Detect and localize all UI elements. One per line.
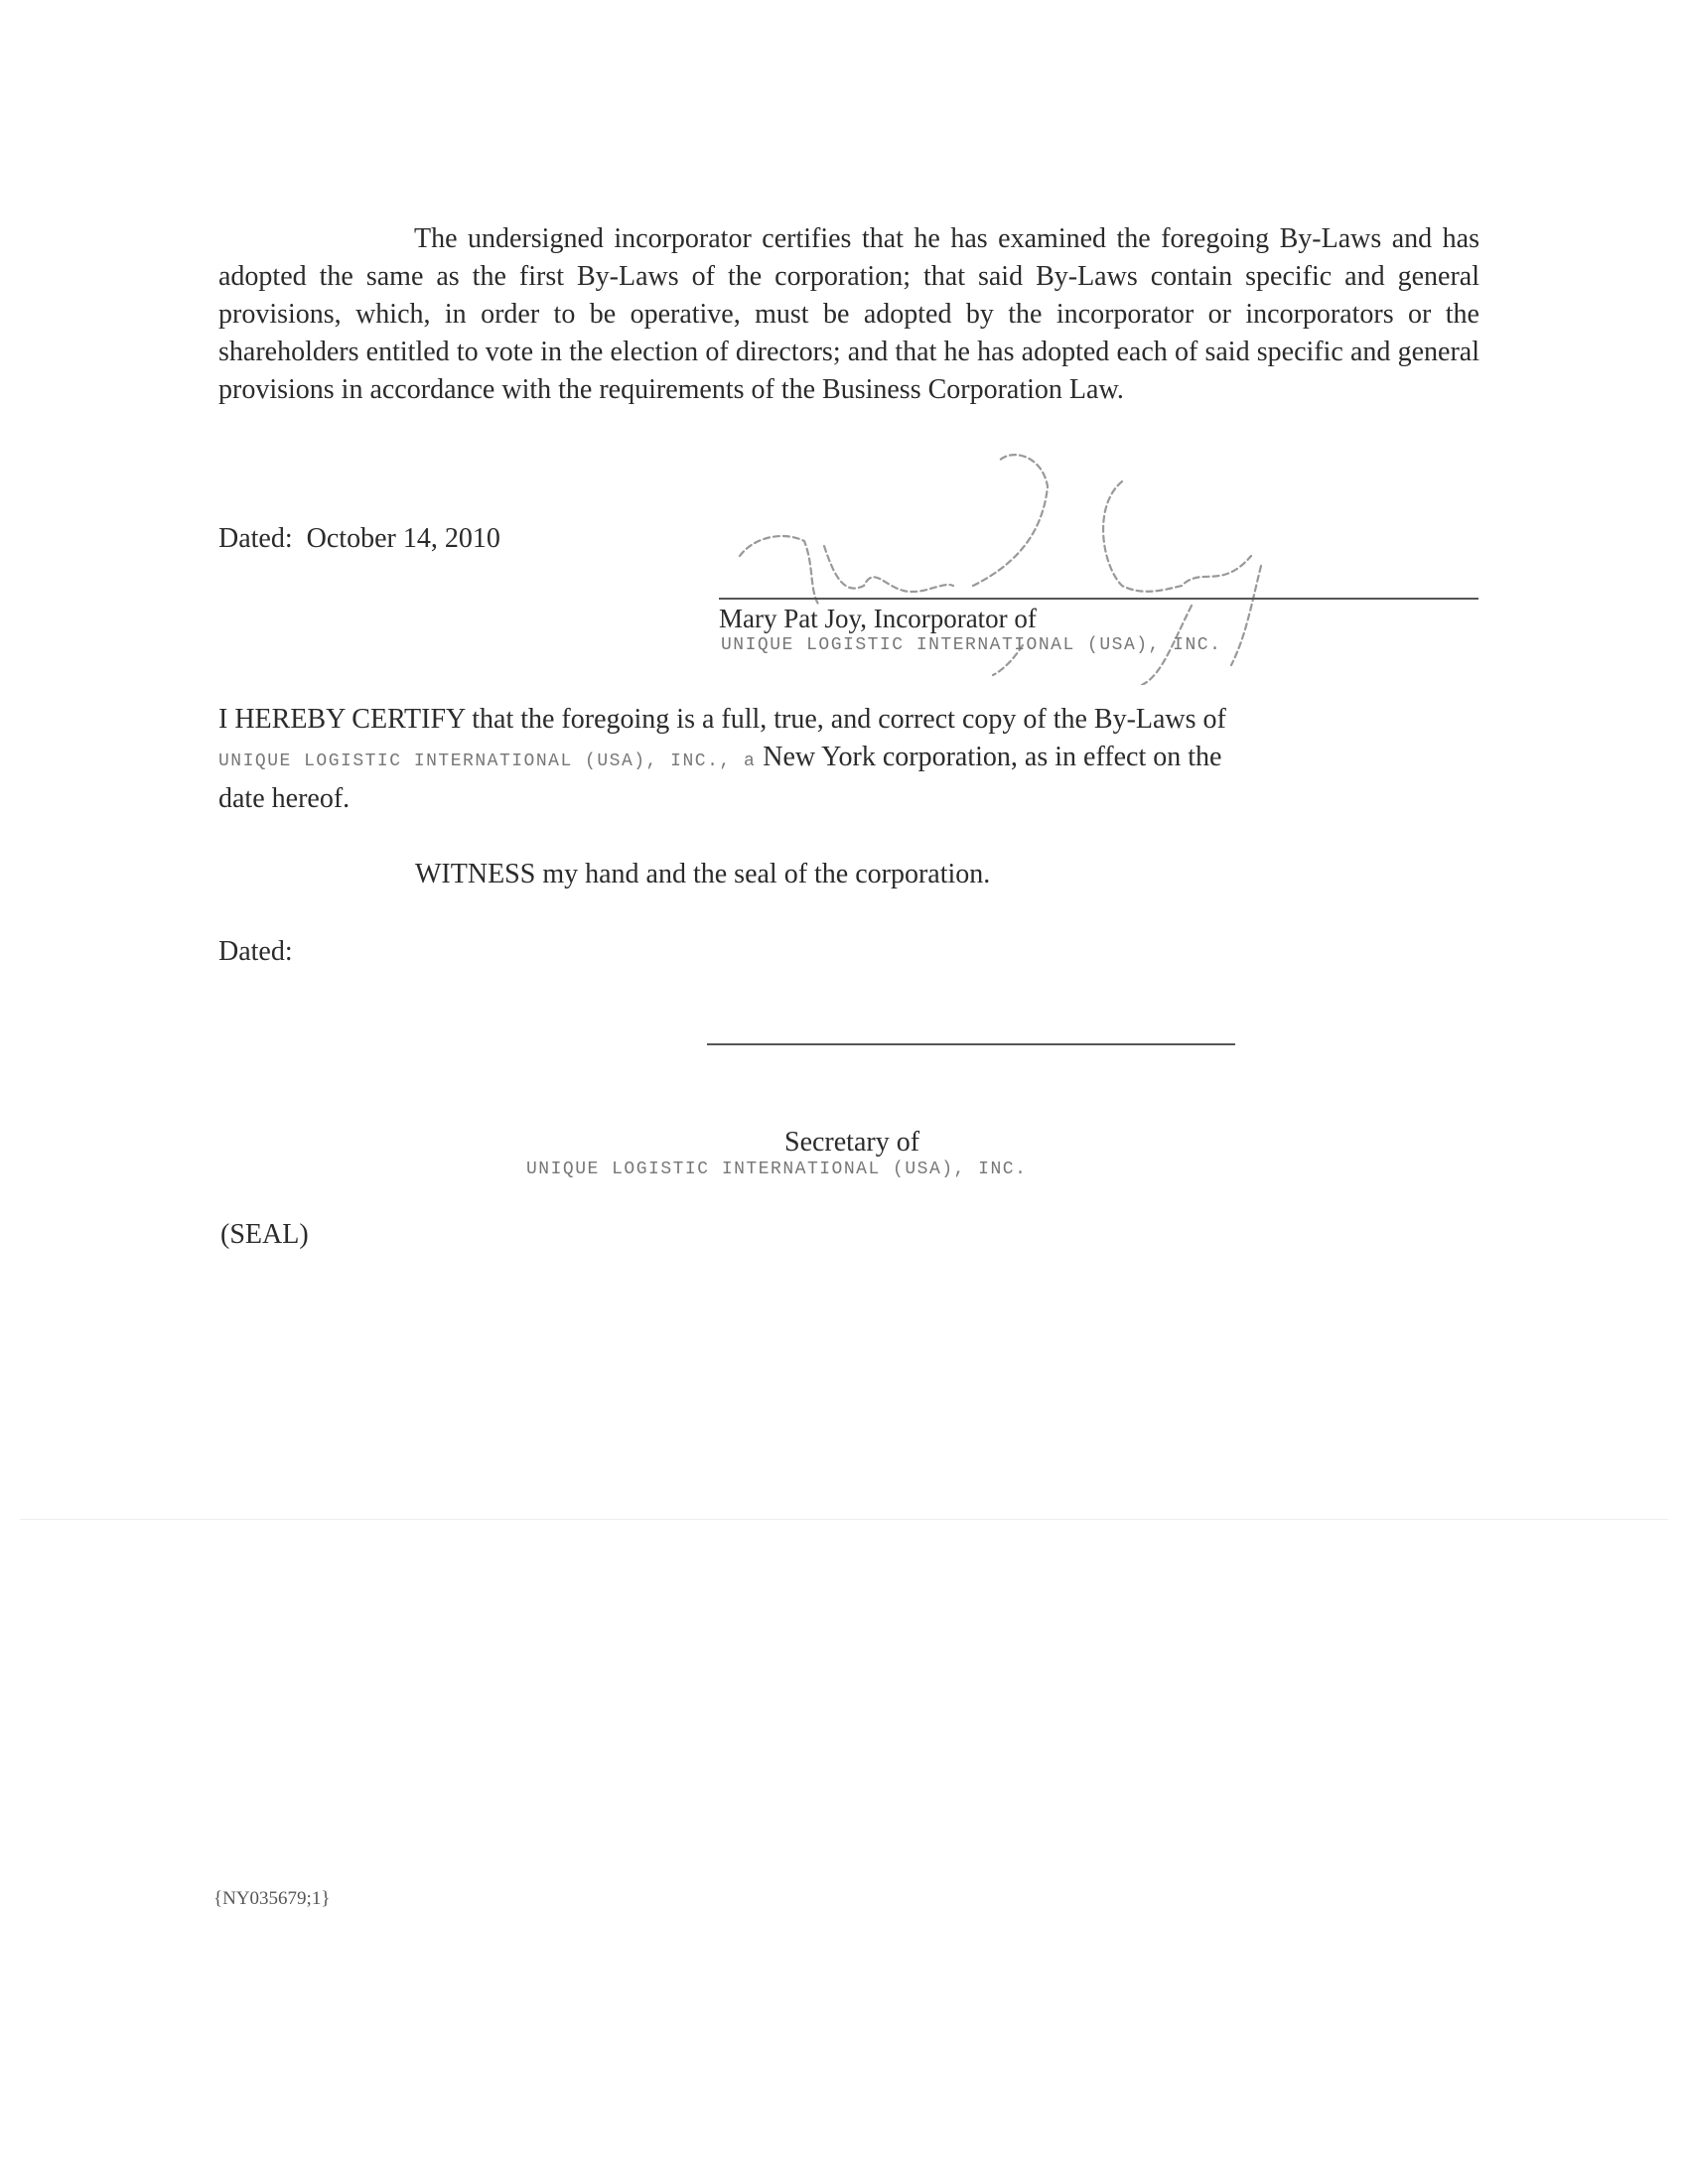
incorporator-company: UNIQUE LOGISTIC INTERNATIONAL (USA), INC… — [721, 635, 1221, 655]
incorporator-date: October 14, 2010 — [307, 523, 500, 554]
certify-intro: I HEREBY CERTIFY that the foregoing is a… — [218, 701, 1499, 739]
certify-tail: New York corporation, as in effect on th… — [763, 742, 1221, 772]
dated-label: Dated: — [218, 523, 293, 554]
scan-artifact-divider — [20, 1519, 1668, 1520]
incorporator-dated: Dated: October 14, 2010 — [218, 520, 500, 558]
secretary-title: Secretary of — [784, 1124, 919, 1161]
secretary-company: UNIQUE LOGISTIC INTERNATIONAL (USA), INC… — [526, 1160, 1027, 1179]
incorporator-certification-paragraph: The undersigned incorporator certifies t… — [218, 220, 1479, 409]
incorporator-name: Mary Pat Joy, Incorporator of — [719, 600, 1037, 637]
certify-tail2: date hereof. — [218, 780, 1499, 818]
certify-company: UNIQUE LOGISTIC INTERNATIONAL (USA), INC… — [218, 751, 756, 771]
certification-text: The undersigned incorporator certifies t… — [218, 223, 1479, 405]
seal-label: (SEAL) — [220, 1216, 309, 1254]
document-id: {NY035679;1} — [213, 1888, 330, 1910]
secretary-signature-line — [707, 1043, 1235, 1045]
secretary-certificate-paragraph: I HEREBY CERTIFY that the foregoing is a… — [218, 701, 1499, 818]
witness-line: WITNESS my hand and the seal of the corp… — [415, 856, 990, 893]
secretary-dated-label: Dated: — [218, 933, 293, 971]
